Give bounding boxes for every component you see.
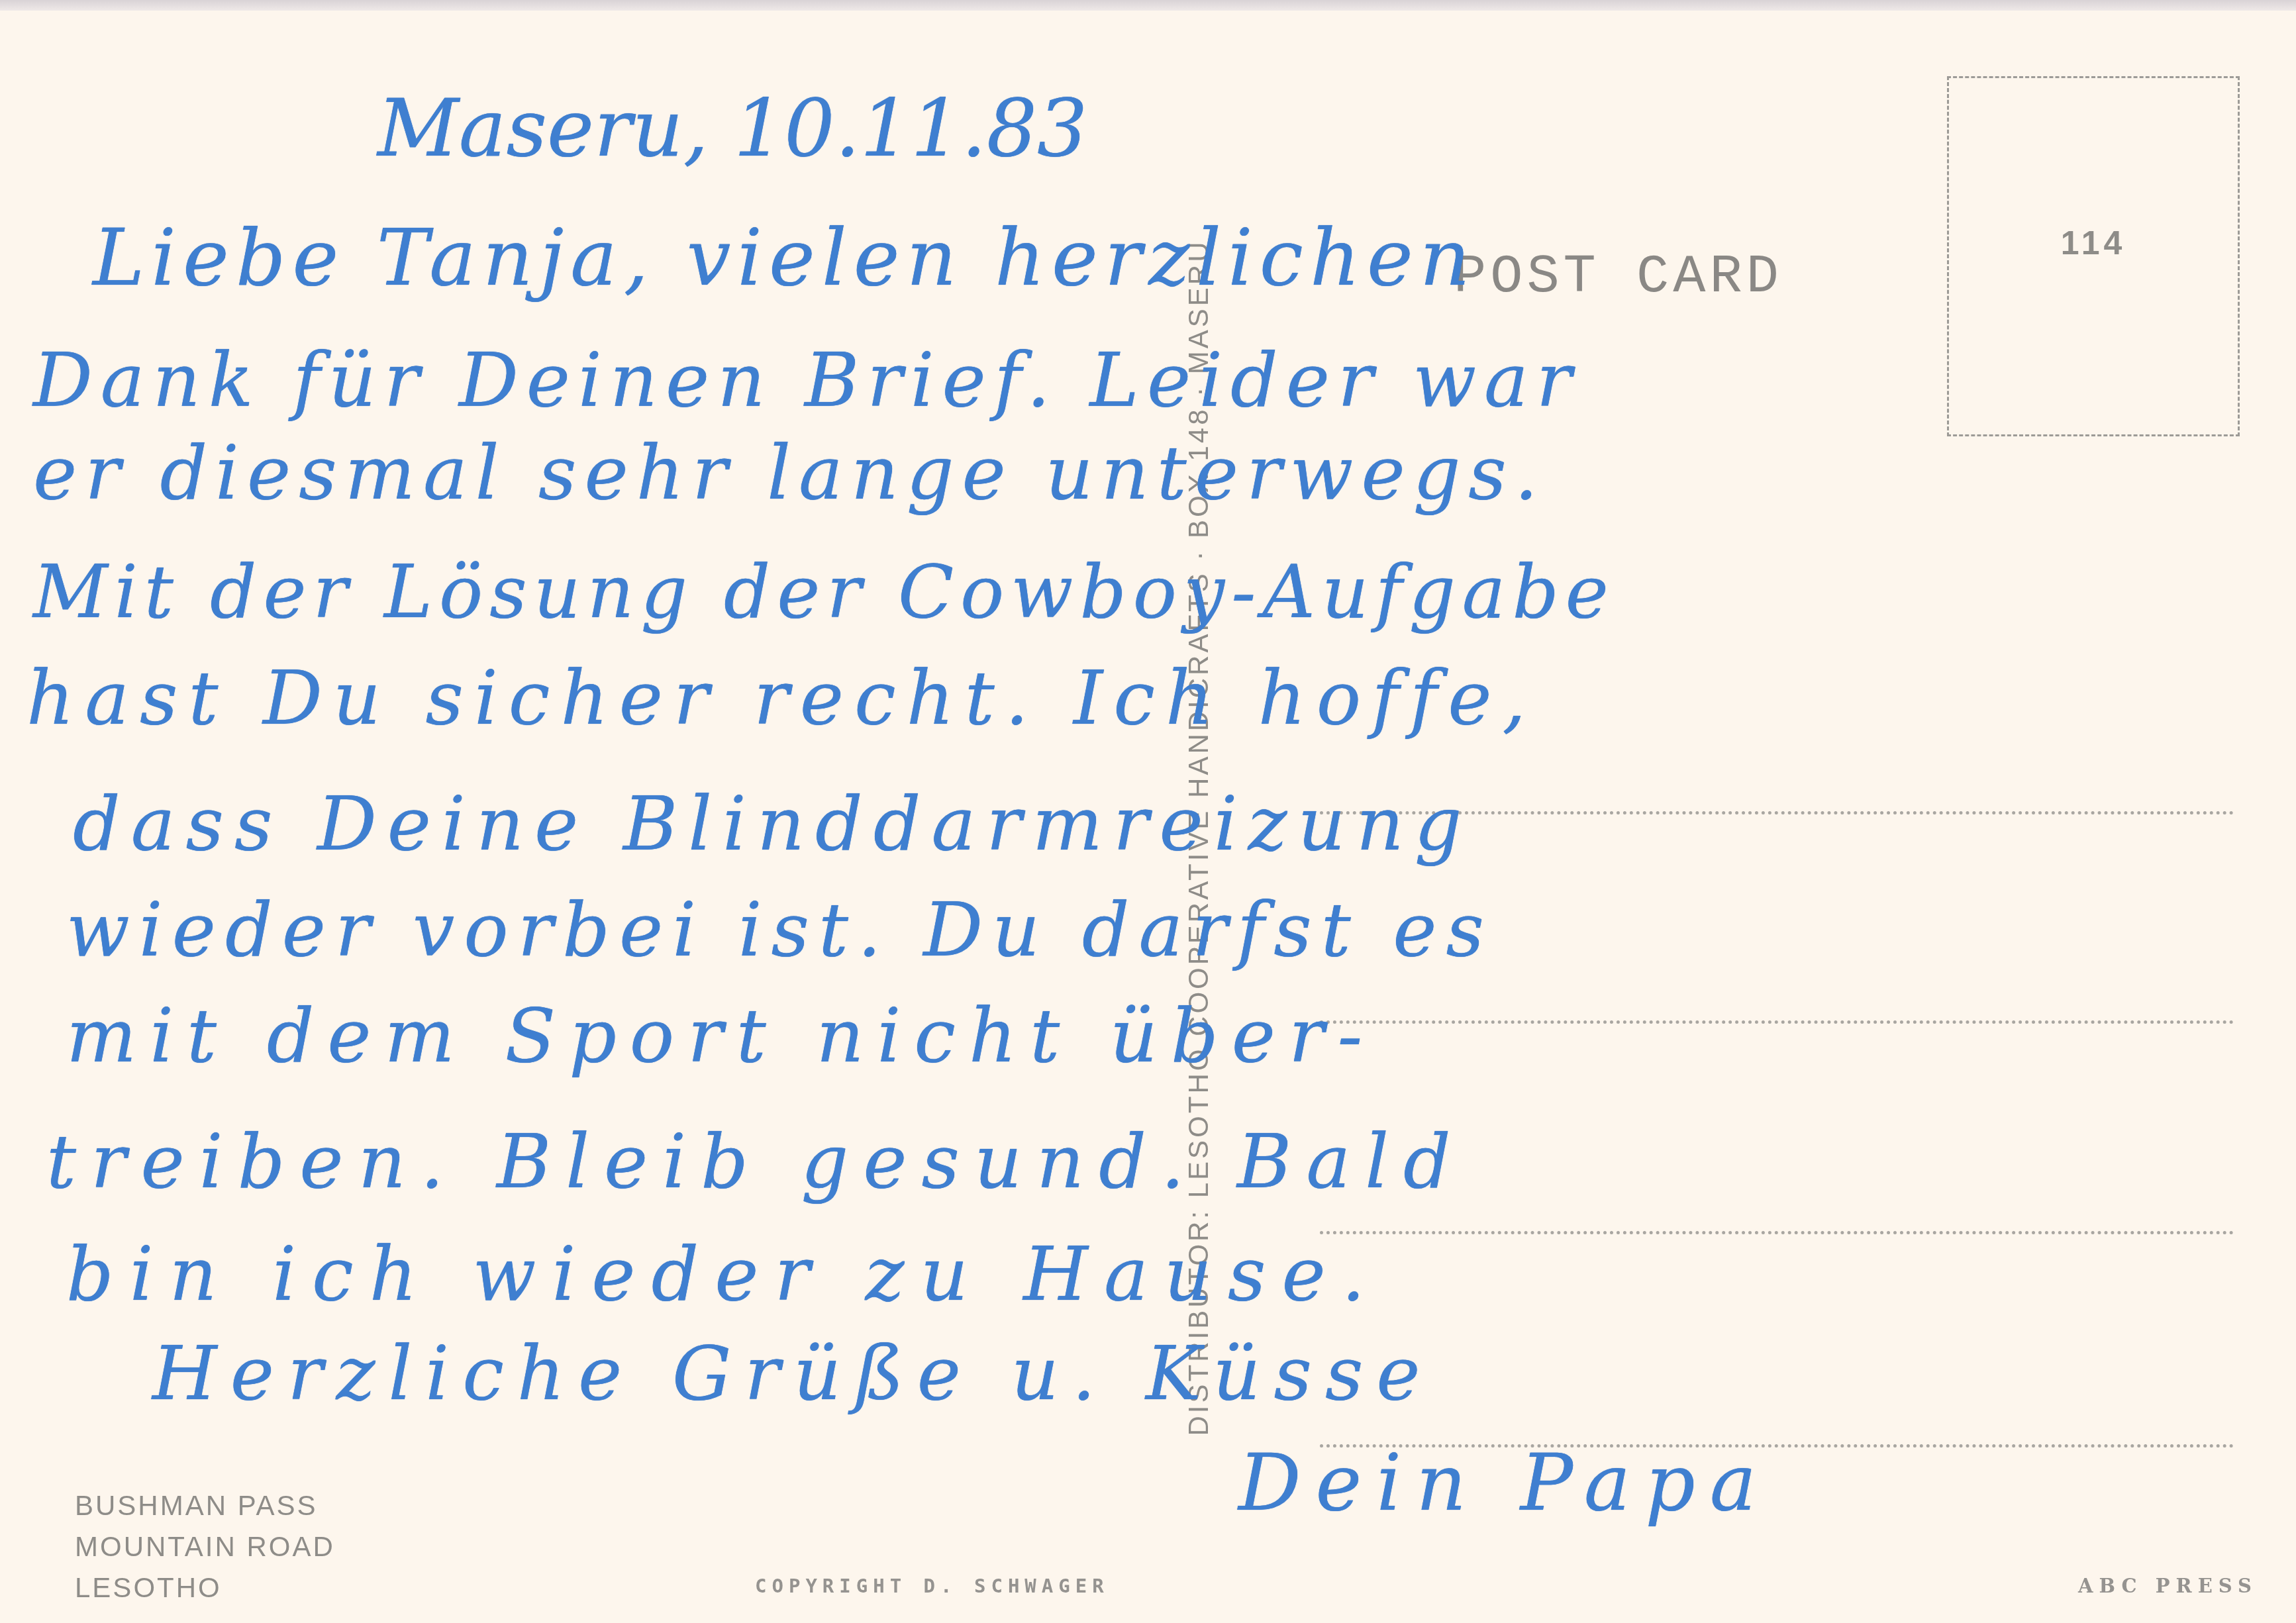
photo-caption: BUSHMAN PASS MOUNTAIN ROAD LESOTHO [75, 1485, 335, 1608]
message-line: er diesmal sehr lange unterwegs. [33, 430, 1546, 516]
message-line: Dank für Deinen Brief. Leider war [33, 338, 1579, 424]
message-line: mit dem Sport nicht über- [66, 993, 1375, 1079]
message-line: hast Du sicher recht. Ich hoffe, [26, 656, 1536, 742]
message-line: Herzliche Grüße u. Küsse [152, 1331, 1434, 1417]
stamp-box: 114 [1947, 76, 2240, 436]
postcard-title: POST CARD [1454, 246, 1783, 308]
message-line: wieder vorbei ist. Du darfst es [66, 887, 1493, 973]
caption-line: LESOTHO [75, 1567, 335, 1608]
message-line: Liebe Tanja, vielen herzlichen [93, 212, 1477, 303]
message-line: Mit der Lösung der Cowboy-Aufgabe [33, 550, 1615, 634]
copyright-notice: COPYRIGHT D. SCHWAGER [755, 1575, 1109, 1597]
message-line: treiben. Bleib gesund. Bald [46, 1119, 1466, 1205]
message-line: dass Deine Blinddarmreizung [73, 781, 1473, 867]
signature: Dein Papa [1238, 1437, 1771, 1528]
caption-line: MOUNTAIN ROAD [75, 1526, 335, 1567]
stamp-number: 114 [1949, 224, 2238, 262]
address-line-3 [1320, 1231, 2234, 1234]
message-line: bin ich wieder zu Hause. [66, 1232, 1381, 1318]
caption-line: BUSHMAN PASS [75, 1485, 335, 1526]
card-top-edge [0, 0, 2296, 11]
postcard-back: BUSHMAN PASS MOUNTAIN ROAD LESOTHO COPYR… [0, 0, 2296, 1623]
address-line-2 [1320, 1020, 2234, 1024]
place-date: Maseru, 10.11.83 [377, 83, 1087, 175]
printer-name: ABC PRESS [2078, 1575, 2258, 1597]
